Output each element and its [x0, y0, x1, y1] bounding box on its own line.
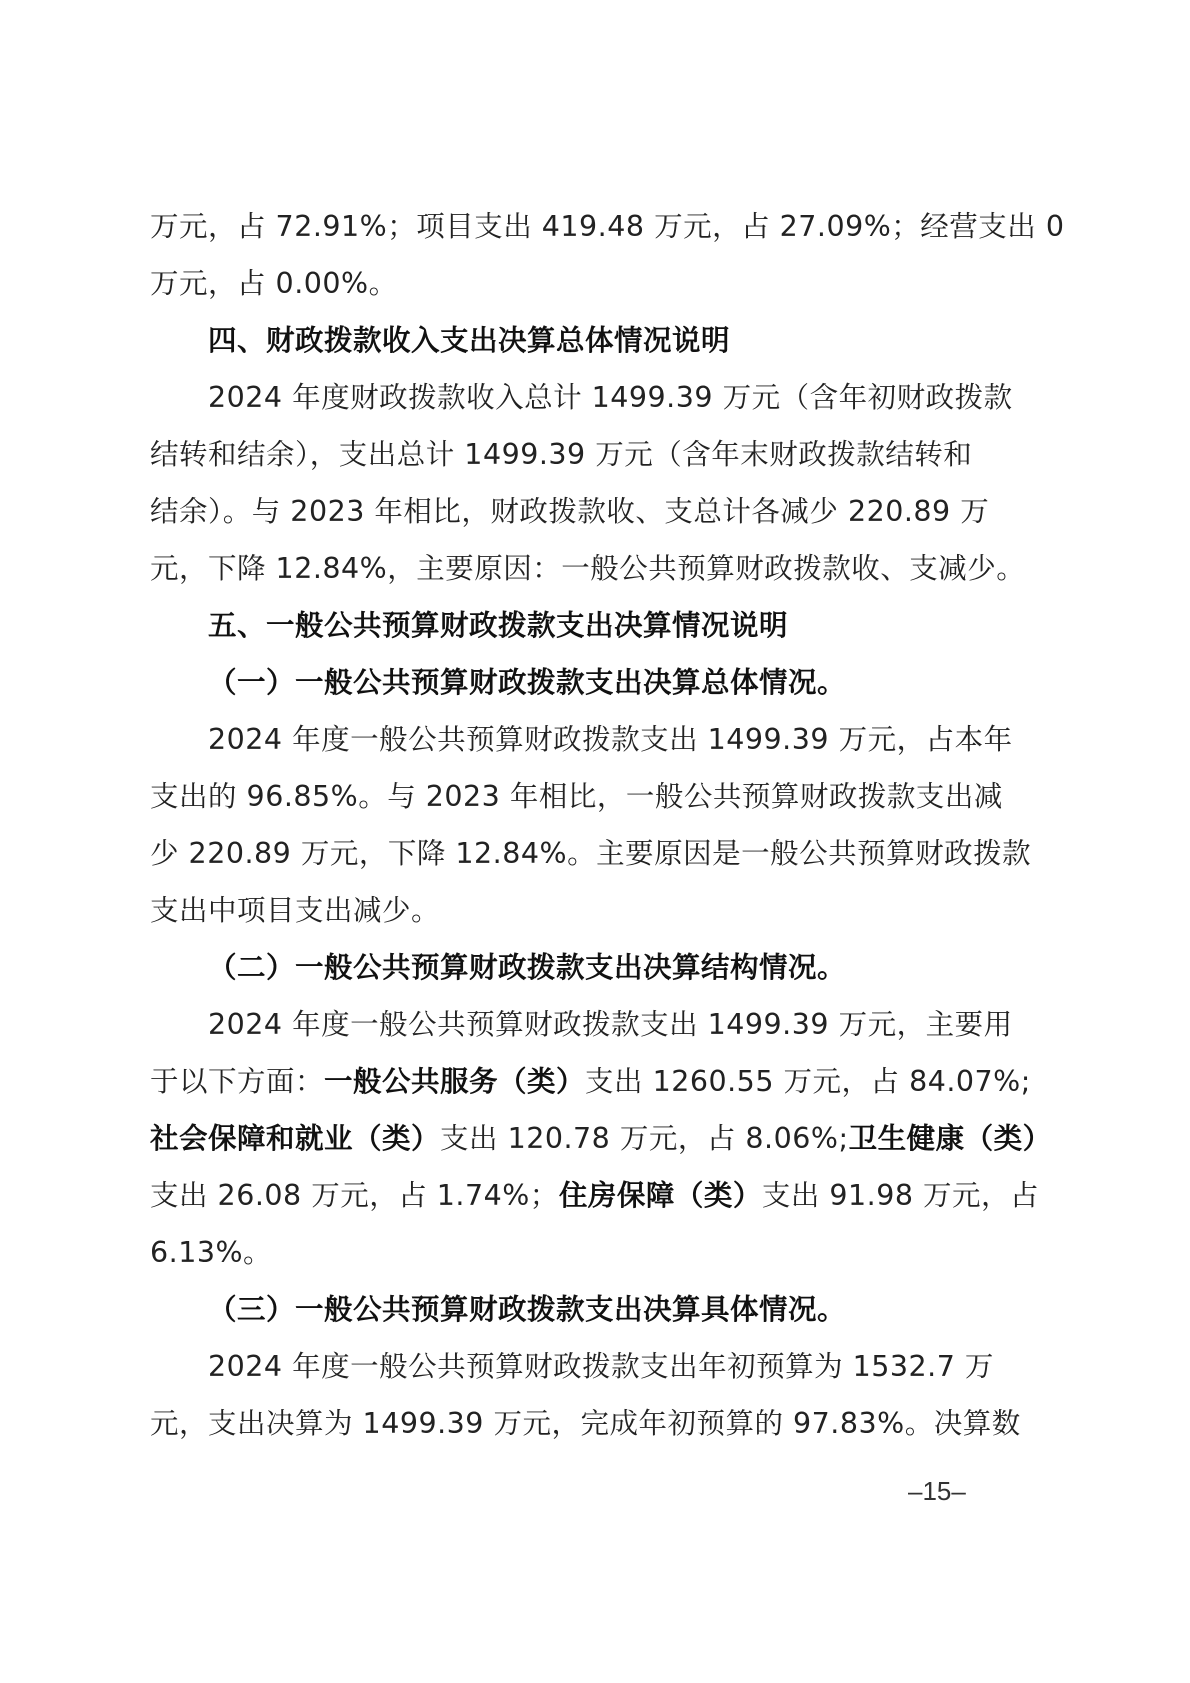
text-segment: 支出 120.78 万元，占 8.06%;	[440, 1122, 849, 1155]
subsection-heading-2: （二）一般公共预算财政拨款支出决算结构情况。	[208, 948, 970, 988]
category-general-public-services: 一般公共服务（类）	[324, 1065, 585, 1098]
text-segment: 支出 91.98 万元，占	[762, 1179, 1039, 1212]
paragraph-line: 少 220.89 万元，下降 12.84%。主要原因是一般公共预算财政拨款	[150, 834, 970, 874]
paragraph-line: 万元，占 72.91%；项目支出 419.48 万元，占 27.09%；经营支出…	[150, 207, 970, 247]
document-page: 万元，占 72.91%；项目支出 419.48 万元，占 27.09%；经营支出…	[0, 0, 1190, 1683]
paragraph-line: 2024 年度一般公共预算财政拨款支出年初预算为 1532.7 万	[208, 1347, 970, 1387]
paragraph-line: 2024 年度一般公共预算财政拨款支出 1499.39 万元，主要用	[208, 1005, 970, 1045]
paragraph-line: 支出 26.08 万元，占 1.74%；住房保障（类）支出 91.98 万元，占	[150, 1176, 970, 1216]
paragraph-line: 社会保障和就业（类）支出 120.78 万元，占 8.06%;卫生健康（类）	[150, 1119, 970, 1159]
paragraph-line: 结转和结余），支出总计 1499.39 万元（含年末财政拨款结转和	[150, 435, 970, 475]
paragraph-line: 元，下降 12.84%，主要原因：一般公共预算财政拨款收、支减少。	[150, 549, 970, 589]
section-heading-5: 五、一般公共预算财政拨款支出决算情况说明	[208, 606, 970, 646]
paragraph-line: 结余）。与 2023 年相比，财政拨款收、支总计各减少 220.89 万	[150, 492, 970, 532]
category-health: 卫生健康（类）	[849, 1122, 1052, 1155]
subsection-heading-3: （三）一般公共预算财政拨款支出决算具体情况。	[208, 1290, 970, 1330]
category-social-security: 社会保障和就业（类）	[150, 1122, 440, 1155]
paragraph-line: 2024 年度财政拨款收入总计 1499.39 万元（含年初财政拨款	[208, 378, 970, 418]
paragraph-line: 元，支出决算为 1499.39 万元，完成年初预算的 97.83%。决算数	[150, 1404, 970, 1444]
paragraph-line: 支出的 96.85%。与 2023 年相比，一般公共预算财政拨款支出减	[150, 777, 970, 817]
text-segment: 支出 26.08 万元，占 1.74%；	[150, 1179, 559, 1212]
text-segment: 支出 1260.55 万元，占 84.07%;	[585, 1065, 1031, 1098]
subsection-heading-1: （一）一般公共预算财政拨款支出决算总体情况。	[208, 663, 970, 703]
category-housing: 住房保障（类）	[559, 1179, 762, 1212]
paragraph-line: 2024 年度一般公共预算财政拨款支出 1499.39 万元，占本年	[208, 720, 970, 760]
paragraph-line: 6.13%。	[150, 1233, 970, 1273]
text-segment: 于以下方面：	[150, 1065, 324, 1098]
paragraph-line: 支出中项目支出减少。	[150, 891, 970, 931]
paragraph-line: 于以下方面：一般公共服务（类）支出 1260.55 万元，占 84.07%;	[150, 1062, 970, 1102]
page-number: –15–	[908, 1476, 966, 1507]
section-heading-4: 四、财政拨款收入支出决算总体情况说明	[208, 321, 970, 361]
paragraph-line: 万元，占 0.00%。	[150, 264, 970, 304]
